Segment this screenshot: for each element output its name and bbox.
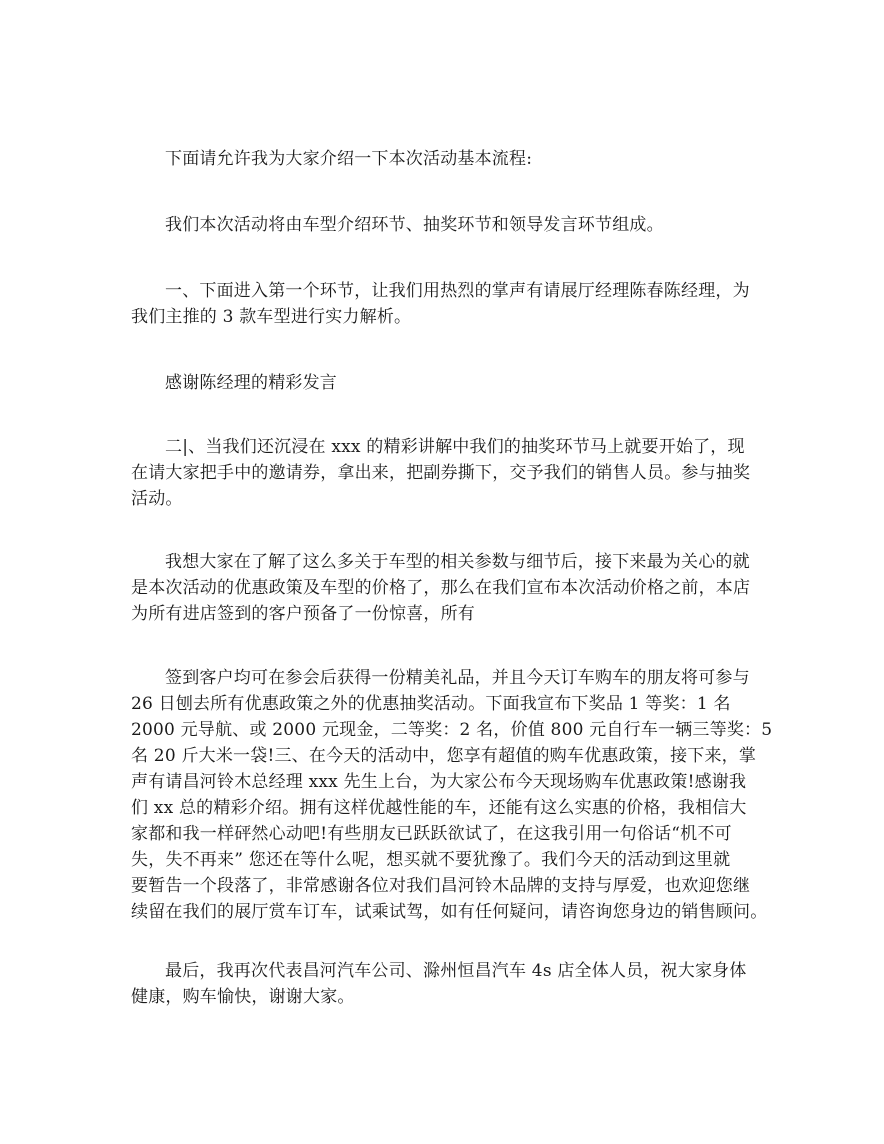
text-line: 们 xx 总的精彩介绍。拥有这样优越性能的车，还能有这么实惠的价格，我相信大 — [131, 795, 771, 821]
paragraph-surprise: 我想大家在了解了这么多关于车型的相关参数与细节后，接下来最为关心的就 是本次活动… — [131, 549, 771, 627]
paragraph-thanks-chen: 感谢陈经理的精彩发言 — [131, 370, 771, 396]
text-line: 下面请允许我为大家介绍一下本次活动基本流程: — [131, 146, 771, 172]
text-line: 感谢陈经理的精彩发言 — [131, 370, 771, 396]
text-line: 一、下面进入第一个环节，让我们用热烈的掌声有请展厅经理陈春陈经理，为 — [131, 278, 771, 304]
text-line: 我们本次活动将由车型介绍环节、抽奖环节和领导发言环节组成。 — [131, 212, 771, 238]
paragraph-final-wishes: 最后，我再次代表昌河汽车公司、滁州恒昌汽车 4s 店全体人员，祝大家身体 健康，… — [131, 958, 771, 1010]
text-line: 在请大家把手中的邀请券，拿出来，把副券撕下，交予我们的销售人员。参与抽奖 — [131, 460, 771, 486]
text-line: 家都和我一样砰然心动吧!有些朋友已跃跃欲试了，在这我引用一句俗话“机不可 — [131, 821, 771, 847]
text-line: 续留在我们的展厅赏车订车，试乘试驾，如有任何疑问，请咨询您身边的销售顾问。 — [131, 899, 771, 925]
paragraph-section-two: 二|、当我们还沉浸在 xxx 的精彩讲解中我们的抽奖环节马上就要开始了，现 在请… — [131, 434, 771, 512]
text-line: 我想大家在了解了这么多关于车型的相关参数与细节后，接下来最为关心的就 — [131, 549, 771, 575]
text-line: 最后，我再次代表昌河汽车公司、滁州恒昌汽车 4s 店全体人员，祝大家身体 — [131, 958, 771, 984]
paragraph-intro: 下面请允许我为大家介绍一下本次活动基本流程: — [131, 146, 771, 172]
text-line: 活动。 — [131, 486, 771, 512]
text-line: 签到客户均可在参会后获得一份精美礼品，并且今天订车购车的朋友将可参与 — [131, 665, 771, 691]
text-line: 要暂告一个段落了，非常感谢各位对我们昌河铃木品牌的支持与厚爱，也欢迎您继 — [131, 873, 771, 899]
text-line: 名 20 斤大米一袋!三、在今天的活动中，您享有超值的购车优惠政策，接下来，掌 — [131, 743, 771, 769]
text-line: 2000 元导航、或 2000 元现金，二等奖：2 名，价值 800 元自行车一… — [131, 717, 771, 743]
text-line: 为所有进店签到的客户预备了一份惊喜，所有 — [131, 601, 771, 627]
text-line: 是本次活动的优惠政策及车型的价格了，那么在我们宣布本次活动价格之前，本店 — [131, 575, 771, 601]
text-line: 二|、当我们还沉浸在 xxx 的精彩讲解中我们的抽奖环节马上就要开始了，现 — [131, 434, 771, 460]
paragraph-prizes-and-closing: 签到客户均可在参会后获得一份精美礼品，并且今天订车购车的朋友将可参与 26 日刨… — [131, 665, 771, 925]
paragraph-section-one: 一、下面进入第一个环节，让我们用热烈的掌声有请展厅经理陈春陈经理，为 我们主推的… — [131, 278, 771, 330]
text-line: 声有请昌河铃木总经理 xxx 先生上台，为大家公布今天现场购车优惠政策!感谢我 — [131, 769, 771, 795]
text-line: 26 日刨去所有优惠政策之外的优惠抽奖活动。下面我宣布下奖品 1 等奖：1 名 — [131, 691, 771, 717]
text-line: 我们主推的 3 款车型进行实力解析。 — [131, 304, 771, 330]
paragraph-composition: 我们本次活动将由车型介绍环节、抽奖环节和领导发言环节组成。 — [131, 212, 771, 238]
text-line: 失，失不再来” 您还在等什么呢，想买就不要犹豫了。我们今天的活动到这里就 — [131, 847, 771, 873]
text-line: 健康，购车愉快，谢谢大家。 — [131, 984, 771, 1010]
